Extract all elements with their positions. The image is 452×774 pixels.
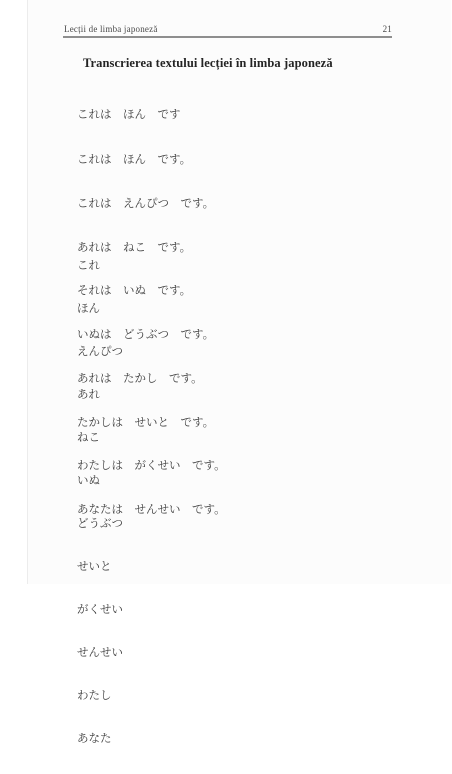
vocabulary-item: ほん [77,301,123,315]
vocabulary-item: どうぶつ [77,516,123,530]
page-number: 21 [383,24,392,34]
section-title: Transcrierea textului lecției în limba j… [83,56,333,71]
sentence-line: これは ほん です。 [77,152,226,167]
header-rule [63,36,392,38]
sentence-line: これは ほん です [77,107,226,122]
scanned-book-page: Lecții de limba japoneză 21 Transcrierea… [27,0,451,584]
running-title: Lecții de limba japoneză [64,24,158,34]
page-header: Lecții de limba japoneză 21 [64,24,392,34]
vocabulary-item: あれ [77,387,123,401]
sentence-line: これは えんぴつ です。 [77,196,226,211]
vocabulary-item: えんぴつ [77,344,123,358]
vocabulary-item: いぬ [77,473,123,487]
vocabulary-list: これ ほん えんぴつ あれ ねこ いぬ どうぶつ せいと がくせい せんせい わ… [77,229,123,584]
vocabulary-item: ねこ [77,430,123,444]
vocabulary-item: せいと [77,559,123,573]
vocabulary-item: これ [77,258,123,272]
